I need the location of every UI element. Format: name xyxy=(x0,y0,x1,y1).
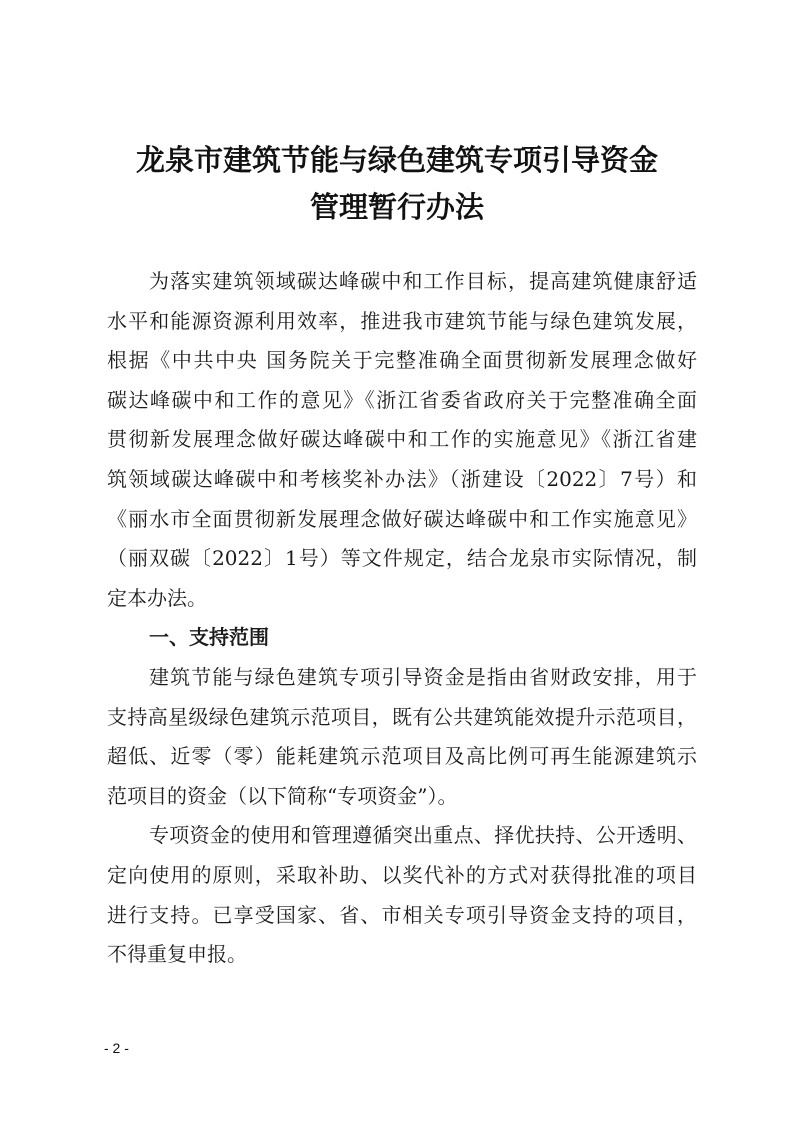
section-paragraph-line: 建筑节能与绿色建筑专项引导资金是指由省财政安排，用于 xyxy=(107,658,697,698)
preamble-line: 根据《中共中央 国务院关于完整准确全面贯彻新发展理念做好 xyxy=(107,341,697,381)
preamble-line: 水平和能源资源利用效率，推进我市建筑节能与绿色建筑发展， xyxy=(107,302,697,342)
section-paragraph-line: 进行支持。已享受国家、省、市相关专项引导资金支持的项目， xyxy=(107,896,697,936)
preamble-line: 为落实建筑领域碳达峰碳中和工作目标，提高建筑健康舒适 xyxy=(107,262,697,302)
document-page: 龙泉市建筑节能与绿色建筑专项引导资金 管理暂行办法 为落实建筑领域碳达峰碳中和工… xyxy=(0,0,794,1123)
section-paragraph-line: 范项目的资金（以下简称“专项资金”）。 xyxy=(107,777,697,817)
preamble-line: 碳达峰碳中和工作的意见》《浙江省委省政府关于完整准确全面 xyxy=(107,381,697,421)
section-paragraph-line: 专项资金的使用和管理遵循突出重点、择优扶持、公开透明、 xyxy=(107,816,697,856)
preamble-line: 《丽水市全面贯彻新发展理念做好碳达峰碳中和工作实施意见》 xyxy=(107,500,697,540)
page-number: - 2 - xyxy=(104,1040,129,1056)
section-paragraph-line: 不得重复申报。 xyxy=(107,935,697,975)
preamble-line: 贯彻新发展理念做好碳达峰碳中和工作的实施意见》《浙江省建 xyxy=(107,420,697,460)
section-heading: 一、支持范围 xyxy=(107,618,697,658)
preamble-line: 定本办法。 xyxy=(107,579,697,619)
section-paragraph-line: 支持高星级绿色建筑示范项目，既有公共建筑能效提升示范项目， xyxy=(107,698,697,738)
document-title-line-2: 管理暂行办法 xyxy=(0,185,794,226)
document-title-line-1: 龙泉市建筑节能与绿色建筑专项引导资金 xyxy=(0,138,794,179)
section-paragraph-line: 超低、近零（零）能耗建筑示范项目及高比例可再生能源建筑示 xyxy=(107,737,697,777)
document-body: 为落实建筑领域碳达峰碳中和工作目标，提高建筑健康舒适 水平和能源资源利用效率，推… xyxy=(107,262,697,975)
preamble-line: 筑领域碳达峰碳中和考核奖补办法》（浙建设〔2022〕7号）和 xyxy=(107,460,697,500)
section-paragraph-line: 定向使用的原则，采取补助、以奖代补的方式对获得批准的项目 xyxy=(107,856,697,896)
preamble-line: （丽双碳〔2022〕1号）等文件规定，结合龙泉市实际情况，制 xyxy=(107,539,697,579)
